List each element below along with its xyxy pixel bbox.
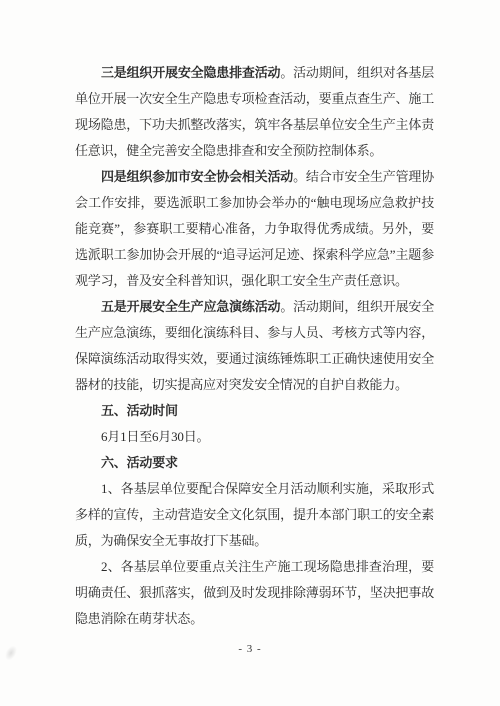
- document-content: 三是组织开展安全隐患排查活动。活动期间，组织对各基层单位开展一次安全生产隐患专项…: [75, 60, 434, 632]
- section-heading-activity-time: 五、活动时间: [75, 398, 434, 424]
- paragraph-lead-bold: 三是组织开展安全隐患排查活动: [101, 65, 280, 80]
- page-number: - 3 -: [0, 641, 500, 657]
- requirement-item-1: 1、各基层单位要配合保障安全月活动顺利实施，采取形式多样的宣传，主动营造安全文化…: [75, 476, 434, 554]
- paragraph-lead-bold: 四是组织参加市安全协会相关活动: [101, 169, 293, 184]
- paragraph-point-three: 三是组织开展安全隐患排查活动。活动期间，组织对各基层单位开展一次安全生产隐患专项…: [75, 60, 434, 164]
- paragraph-body-text: 。结合市安全生产管理协会工作安排，要选派职工参加协会举办的“触电现场应急救护技能…: [75, 169, 434, 288]
- section-heading-activity-requirements: 六、活动要求: [75, 450, 434, 476]
- document-page: 三是组织开展安全隐患排查活动。活动期间，组织对各基层单位开展一次安全生产隐患专项…: [0, 0, 500, 706]
- activity-time-text: 6月1日至6月30日。: [75, 424, 434, 450]
- paragraph-lead-bold: 五是开展安全生产应急演练活动: [101, 299, 280, 314]
- paragraph-point-five: 五是开展安全生产应急演练活动。活动期间，组织开展安全生产应急演练，要细化演练科目…: [75, 294, 434, 398]
- requirement-item-2: 2、各基层单位要重点关注生产施工现场隐患排查治理，要明确责任、狠抓落实，做到及时…: [75, 554, 434, 632]
- paragraph-point-four: 四是组织参加市安全协会相关活动。结合市安全生产管理协会工作安排，要选派职工参加协…: [75, 164, 434, 294]
